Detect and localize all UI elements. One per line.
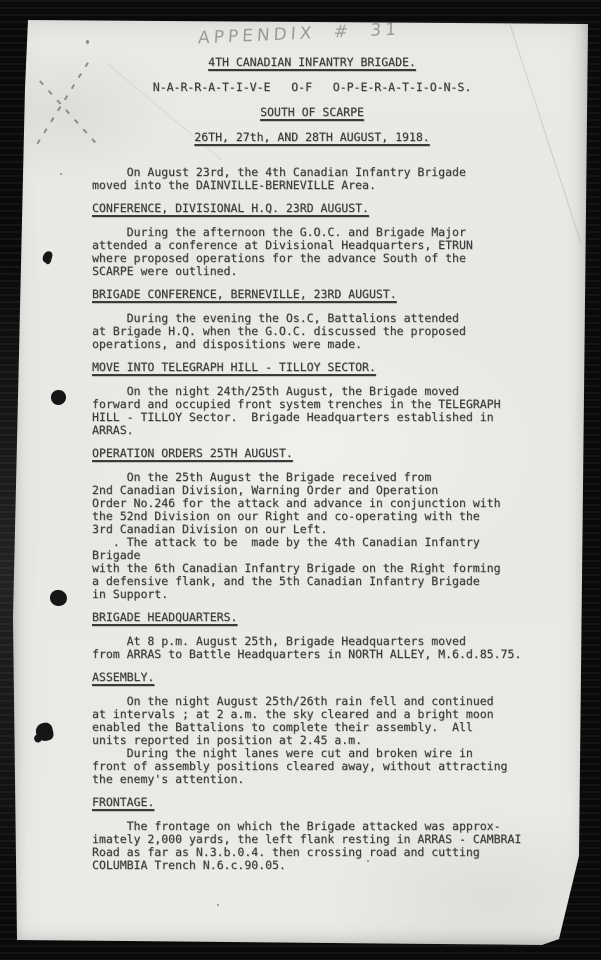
section-heading: CONFERENCE, DIVISIONAL H.Q. 23RD AUGUST. [92,202,532,215]
appendix-pencil-note: APPENDIX # 31 [197,20,400,49]
section-frontage: FRONTAGE. The frontage on which the Brig… [92,796,532,872]
dust-speck [60,173,62,175]
section-opening: On August 23rd, the 4th Canadian Infantr… [92,166,532,192]
date-line: 26TH, 27th, AND 28TH AUGUST, 1918. [92,131,532,144]
paragraph: . The attack to be made by the 4th Canad… [92,536,532,601]
ink-blot [49,589,68,607]
ink-blot [51,390,66,405]
paragraph: On the night August 25th/26th rain fell … [92,695,532,747]
section-brigade-conference: BRIGADE CONFERENCE, BERNEVILLE, 23RD AUG… [92,288,532,351]
section-heading: BRIGADE HEADQUARTERS. [92,611,532,624]
scratch-mark [36,62,88,144]
narrative-line: N-A-R-R-A-T-I-V-E O-F O-P-E-R-A-T-I-O-N-… [92,81,532,94]
scan-background: APPENDIX # 31 4TH CANADIAN INFANTRY BRIG… [0,0,601,960]
section-heading: FRONTAGE. [92,796,532,809]
section-heading: BRIGADE CONFERENCE, BERNEVILLE, 23RD AUG… [92,288,532,301]
section-heading: ASSEMBLY. [92,671,532,684]
document-page: APPENDIX # 31 4TH CANADIAN INFANTRY BRIG… [12,18,591,947]
section-conference-divisional-hq: CONFERENCE, DIVISIONAL H.Q. 23RD AUGUST.… [92,202,532,278]
paragraph: During the night lanes were cut and brok… [92,747,532,786]
dust-speck [217,904,219,906]
paragraph: The frontage on which the Brigade attack… [92,820,532,872]
section-heading: OPERATION ORDERS 25TH AUGUST. [92,447,532,460]
paragraph: During the evening the Os.C, Battalions … [92,312,532,351]
dust-speck [86,40,89,44]
paragraph: During the afternoon the G.O.C. and Brig… [92,226,532,278]
document-content: 4TH CANADIAN INFANTRY BRIGADE. N-A-R-R-A… [92,56,532,872]
paragraph: On the 25th August the Brigade received … [92,471,532,536]
section-assembly: ASSEMBLY. On the night August 25th/26th … [92,671,532,786]
ink-blot [42,250,54,264]
location-line: SOUTH OF SCARPE [92,106,532,119]
paragraph: On August 23rd, the 4th Canadian Infantr… [92,166,532,192]
section-heading: MOVE INTO TELEGRAPH HILL - TILLOY SECTOR… [92,361,532,374]
ink-blot [34,721,54,742]
paragraph: On the night 24th/25th August, the Briga… [92,385,532,437]
section-move-into-telegraph-hill: MOVE INTO TELEGRAPH HILL - TILLOY SECTOR… [92,361,532,437]
section-brigade-headquarters: BRIGADE HEADQUARTERS. At 8 p.m. August 2… [92,611,532,661]
paragraph: At 8 p.m. August 25th, Brigade Headquart… [92,635,532,661]
doc-title: 4TH CANADIAN INFANTRY BRIGADE. [92,56,532,69]
section-operation-orders: OPERATION ORDERS 25TH AUGUST. On the 25t… [92,447,532,601]
